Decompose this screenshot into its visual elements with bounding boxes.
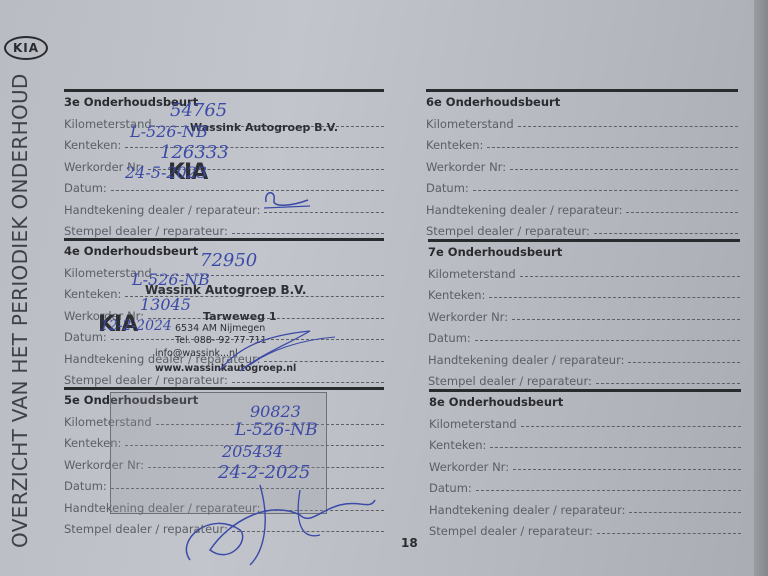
field-datum[interactable]: Datum: [426,174,738,196]
field-stempel[interactable]: Stempel dealer / reparateur: [426,217,738,239]
field-handtekening[interactable]: Handtekening dealer / reparateur: [64,195,384,217]
field-kilometerstand[interactable]: Kilometerstand [429,409,741,431]
field-stempel[interactable]: Stempel dealer / reparateur: [428,367,740,389]
handwritten-kilometerstand: 72950 [200,250,257,271]
handwritten-werkorder: 126333 [160,142,229,163]
signature-4 [210,325,340,375]
section-rule [64,387,384,390]
section-rule [429,389,741,392]
section-8: 8e Onderhoudsbeurt Kilometerstand Kentek… [429,389,741,538]
section-rule [64,89,384,92]
field-kilometerstand[interactable]: Kilometerstand [426,109,738,131]
field-kenteken[interactable]: Kenteken: [426,131,738,153]
dealer-stamp-street: Tarweweg 1 [203,310,277,323]
section-title: 6e Onderhoudsbeurt [426,95,738,109]
page-number: 18 [401,536,418,550]
field-werkorder[interactable]: Werkorder Nr: [428,302,740,324]
section-6: 6e Onderhoudsbeurt Kilometerstand Kentek… [426,89,738,238]
handwritten-kenteken: L-526-NB [235,420,318,440]
field-kilometerstand[interactable]: Kilometerstand [428,259,740,281]
field-werkorder[interactable]: Werkorder Nr: [429,452,741,474]
service-booklet-page: KIA OVERZICHT VAN HET PERIODIEK ONDERHOU… [0,0,768,576]
kia-logo: KIA [4,36,48,60]
field-werkorder[interactable]: Werkorder Nr: [426,152,738,174]
handwritten-werkorder: 13045 [140,295,191,314]
section-rule [428,239,740,242]
signature-5 [170,480,390,570]
field-kenteken[interactable]: Kenteken: [428,281,740,303]
side-title: OVERZICHT VAN HET PERIODIEK ONDERHOUD [8,88,32,548]
handwritten-datum: 24-5-2023 [125,163,207,182]
section-title: 7e Onderhoudsbeurt [428,245,740,259]
field-datum[interactable]: Datum: [428,324,740,346]
field-handtekening[interactable]: Handtekening dealer / reparateur: [429,495,741,517]
section-7: 7e Onderhoudsbeurt Kilometerstand Kentek… [428,239,740,388]
handwritten-kilometerstand: 54765 [170,100,227,121]
field-datum[interactable]: Datum: [64,174,384,196]
dealer-stamp-name: Wassink Autogroep B.V. [190,121,338,134]
field-stempel[interactable]: Stempel dealer / reparateur: [64,217,384,239]
handwritten-datum: 12-2-2024 [100,318,172,334]
field-handtekening[interactable]: Handtekening dealer / reparateur: [428,345,740,367]
handwritten-kilometerstand: 90823 [250,402,301,421]
section-rule [64,238,384,241]
handwritten-kenteken: L-526-NB [130,122,208,141]
section-title: 8e Onderhoudsbeurt [429,395,741,409]
field-handtekening[interactable]: Handtekening dealer / reparateur: [426,195,738,217]
field-kenteken[interactable]: Kenteken: [429,431,741,453]
page-edge [754,0,768,576]
section-rule [426,89,738,92]
signature-3 [262,188,312,210]
field-datum[interactable]: Datum: [429,474,741,496]
handwritten-kenteken: L-526-NB [132,270,210,289]
handwritten-werkorder: 205434 [222,442,283,461]
field-stempel[interactable]: Stempel dealer / reparateur: [429,517,741,539]
